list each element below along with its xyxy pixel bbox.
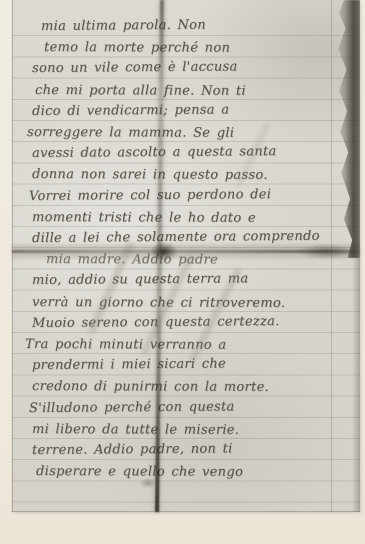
letter-line: Muoio sereno con questa certezza.: [32, 310, 356, 334]
ink-speck: [140, 478, 156, 488]
letter-line: disperare e quello che vengo: [36, 461, 356, 483]
letter-paper: mia ultima parola. Nontemo la morte perc…: [12, 0, 360, 512]
letter-line: mia ultima parola. Non: [41, 14, 356, 38]
letter-line: terrene. Addio padre, non ti: [32, 438, 356, 462]
crease-right-blot: [298, 244, 356, 259]
letter-photograph: mia ultima parola. Nontemo la morte perc…: [0, 0, 365, 544]
right-edge-shadow: [352, 258, 360, 512]
letter-line: Vorrei morire col suo perdono dei: [29, 183, 356, 207]
letter-line: mio, addio su questa terra ma: [32, 268, 356, 292]
letter-line: S'illudono perché con questa: [29, 395, 356, 419]
crease-intersection-blot: [150, 242, 178, 261]
letter-line: sono un vile come è l'accusa: [32, 56, 356, 80]
letter-line: dico di vendicarmi; pensa a: [32, 98, 356, 122]
letter-line: avessi dato ascolto a questa santa: [32, 141, 356, 165]
